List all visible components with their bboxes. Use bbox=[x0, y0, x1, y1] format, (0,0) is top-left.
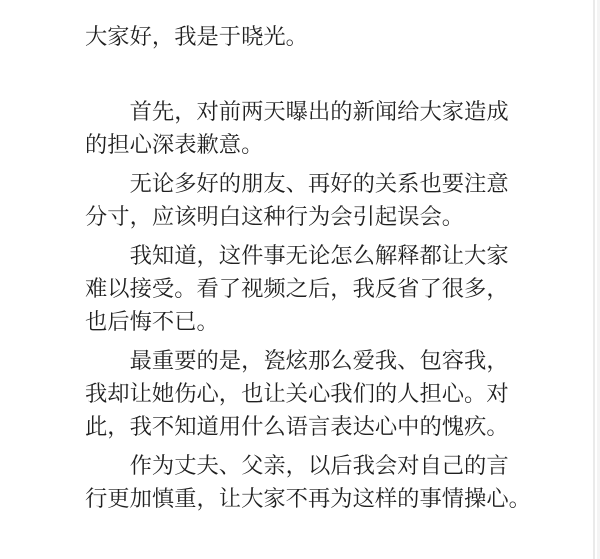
right-edge-line bbox=[593, 0, 595, 559]
watermark-fragment bbox=[388, 549, 478, 559]
paragraph-wife-guilt: 最重要的是，瓷炫那么爱我、包容我， 我却让她伤心，也让关心我们的人担心。对 此，… bbox=[85, 344, 563, 443]
statement-text-block: 大家好，我是于晓光。 首先，对前两天曝出的新闻给大家造成 的担心深表歉意。 无论… bbox=[85, 20, 563, 521]
paragraph-boundaries: 无论多好的朋友、再好的关系也要注意 分寸，应该明白这种行为会引起误会。 bbox=[85, 167, 563, 233]
paragraph-apology: 首先，对前两天曝出的新闻给大家造成 的担心深表歉意。 bbox=[85, 95, 563, 161]
statement-document: 大家好，我是于晓光。 首先，对前两天曝出的新闻给大家造成 的担心深表歉意。 无论… bbox=[0, 0, 600, 559]
paragraph-promise: 作为丈夫、父亲，以后我会对自己的言 行更加慎重，让大家不再为这样的事情操心。 bbox=[85, 449, 563, 515]
paragraph-reflection: 我知道，这件事无论怎么解释都让大家 难以接受。看了视频之后，我反省了很多， 也后… bbox=[85, 239, 563, 338]
greeting-line: 大家好，我是于晓光。 bbox=[85, 20, 563, 53]
